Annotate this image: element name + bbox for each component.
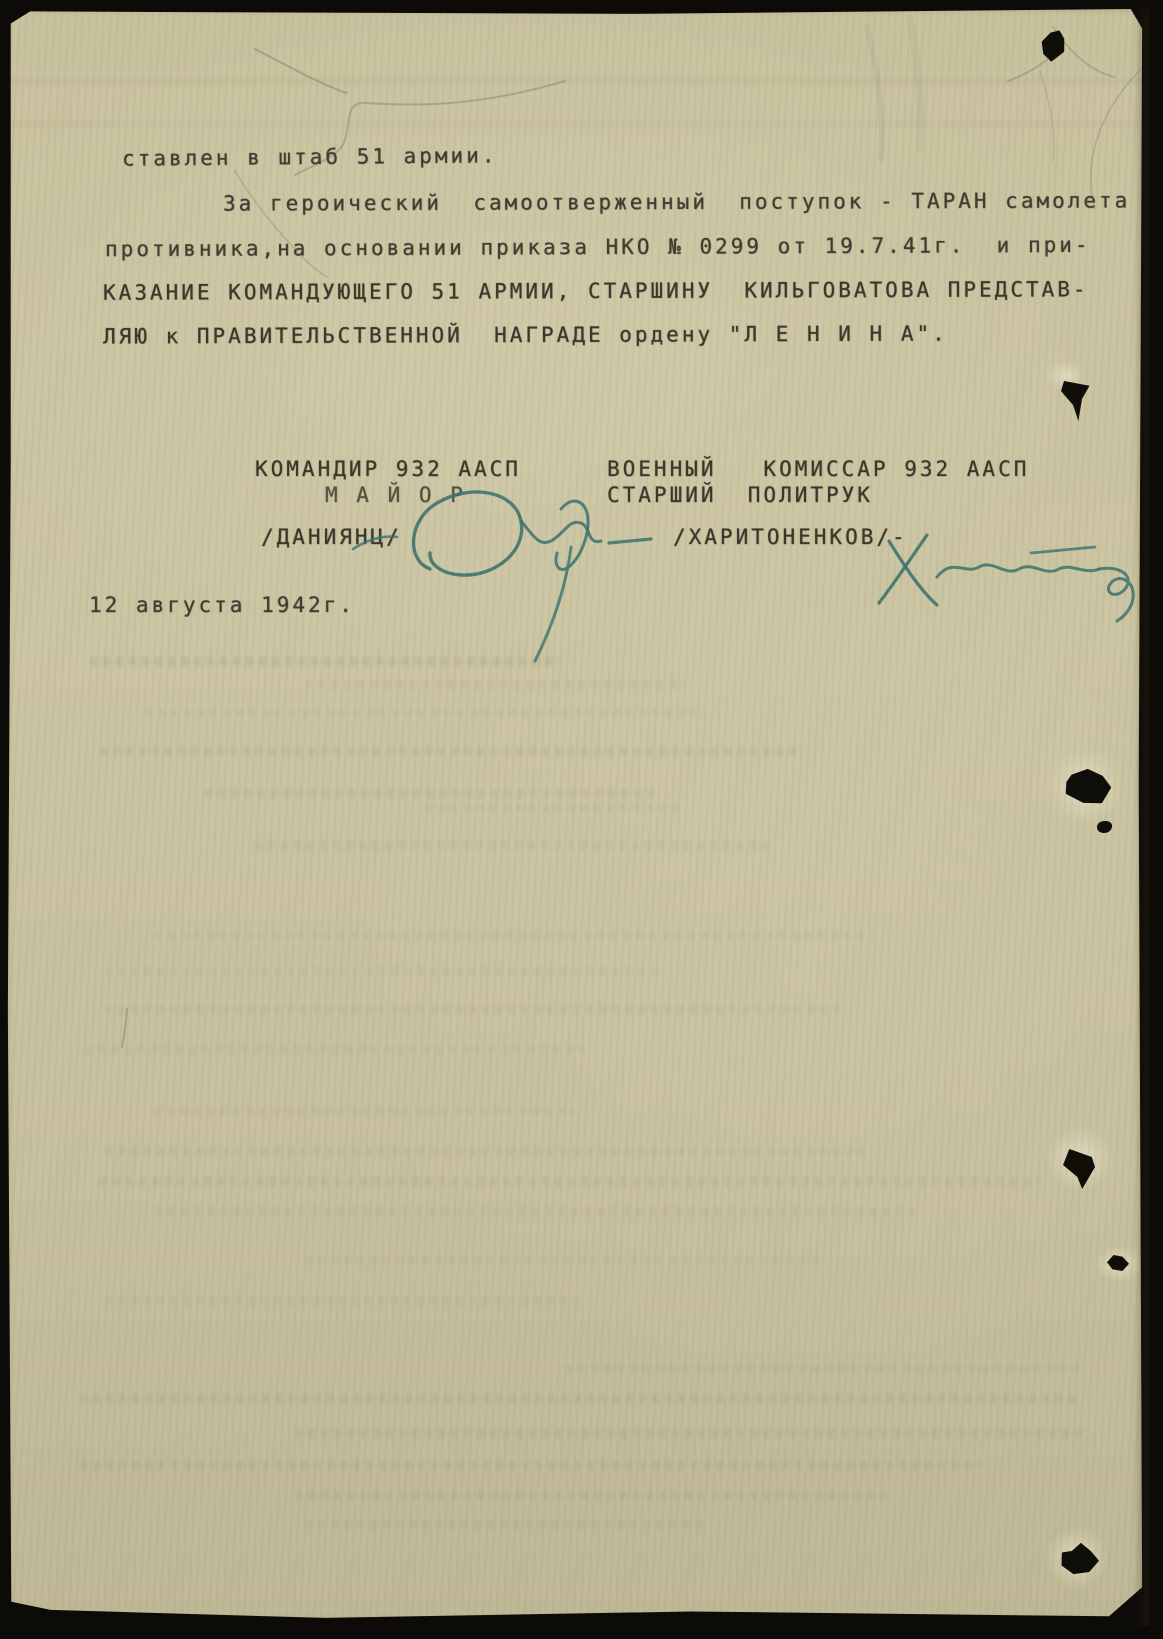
bleedthrough-line [295,1491,895,1500]
bleedthrough-line [155,931,875,940]
bleedthrough-line [295,1429,1085,1438]
bleedthrough-line [105,967,665,975]
document-line: ЛЯЮ к ПРАВИТЕЛЬСТВЕННОЙ НАГРАДЕ ордену "… [103,322,948,349]
bleedthrough-line [155,1107,575,1115]
bleedthrough-line [85,1045,585,1054]
commander-title: КОМАНДИР 932 ААСП [255,457,521,481]
bleedthrough-line [145,709,705,717]
bleedthrough-line [90,657,560,666]
bleedthrough-line [205,789,655,798]
document-line: ставлен в штаб 51 армии. [122,143,498,170]
paper-edge-shadow [1135,9,1149,1626]
bleedthrough-line [155,1207,915,1216]
bleedthrough-line [305,681,685,689]
paper-hole [1097,821,1112,833]
date-line: 12 августа 1942г. [89,593,355,617]
bleedthrough-line [80,1394,1080,1403]
bleedthrough-line [105,1005,845,1014]
paper-sheet: ставлен в штаб 51 армии. За героический … [5,9,1149,1626]
pencil-mark [5,989,305,1069]
tear-scratch [1000,49,1070,89]
scanned-document-page: { "document": { "language": "ru", "body_… [0,0,1163,1639]
bleedthrough-line [105,1147,865,1156]
document-line: противника,на основании приказа НКО № 02… [105,233,1091,261]
document-line: За героический самоотверженный поступок … [223,188,1130,215]
commander-name: /ДАНИЯНЦ/ [261,525,402,549]
bleedthrough-line [100,747,800,756]
bleedthrough-line [425,804,685,812]
commander-rank: М А Й О Р [325,483,466,507]
bleedthrough-line [105,1297,585,1305]
bleedthrough-line [305,1521,705,1529]
commissar-title: ВОЕННЫЙ КОМИССАР 932 ААСП [607,457,1029,481]
paper-hole [1061,381,1091,421]
bleedthrough-line [255,841,775,850]
bleedthrough-line [80,1461,980,1470]
bleedthrough-line [565,1364,1085,1373]
document-line: КАЗАНИЕ КОМАНДУЮЩЕГО 51 АРМИИ, СТАРШИНУ … [103,277,1089,304]
bleedthrough-line [305,1257,825,1265]
commissar-name: /ХАРИТОНЕНКОВ/- [673,525,908,549]
commissar-rank: СТАРШИЙ ПОЛИТРУК [607,483,873,507]
bleedthrough-line [100,1177,1040,1186]
